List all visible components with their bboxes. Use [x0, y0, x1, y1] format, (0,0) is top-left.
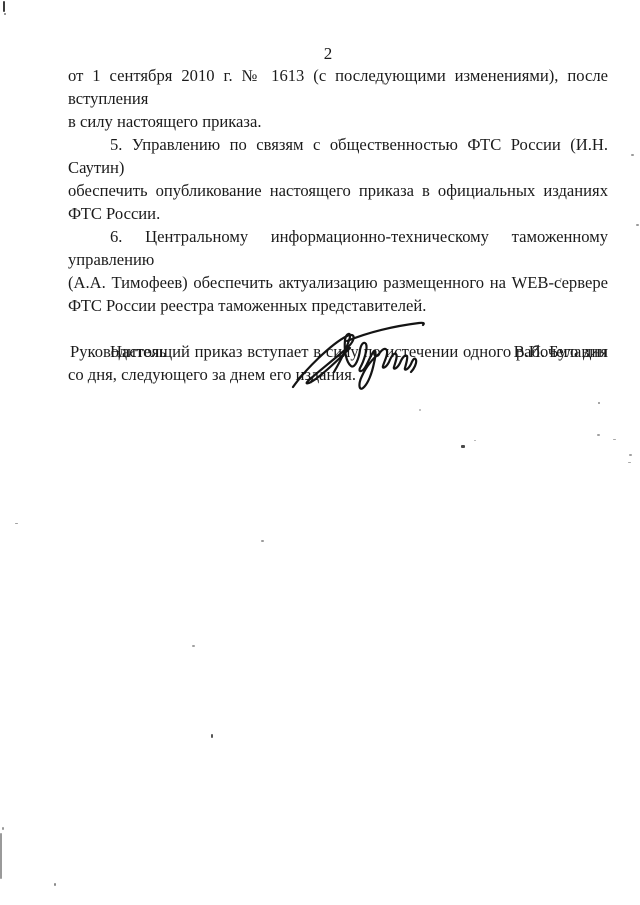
scan-speck: [338, 139, 340, 141]
body-line: от 1 сентября 2010 г. № 1613 (с последую…: [68, 64, 608, 110]
body-line: обеспечить опубликование настоящего прик…: [68, 179, 608, 202]
scan-speck: [3, 1, 5, 12]
paragraph: 6. Центральному информационно-техническо…: [68, 225, 608, 317]
scan-speck: [474, 440, 476, 441]
scan-speck: [598, 402, 600, 404]
handwritten-signature-icon: [286, 320, 438, 400]
scan-speck: [560, 278, 562, 280]
scan-speck: [4, 13, 6, 15]
signer-role: Руководитель: [70, 342, 166, 362]
paragraph: 5. Управлению по связям с общественность…: [68, 133, 608, 225]
page-number: 2: [0, 44, 640, 64]
scan-speck: [461, 445, 465, 448]
scan-edge-line: [0, 833, 2, 879]
scan-speck: [211, 734, 213, 738]
scan-speck: [419, 409, 421, 411]
paragraph: от 1 сентября 2010 г. № 1613 (с последую…: [68, 64, 608, 133]
scan-speck: [613, 439, 616, 440]
signer-name: В.И. Булавин: [514, 342, 607, 362]
body-line: в силу настоящего приказа.: [68, 110, 608, 133]
scan-speck: [539, 282, 541, 284]
scan-speck: [2, 827, 4, 830]
scan-speck: [15, 523, 18, 524]
body-line: ФТС России реестра таможенных представит…: [68, 294, 608, 317]
body-line: 6. Центральному информационно-техническо…: [68, 225, 608, 271]
scan-speck: [54, 883, 56, 886]
scan-speck: [192, 645, 195, 647]
scan-speck: [636, 224, 639, 226]
scan-speck: [629, 454, 632, 456]
document-page: 2 от 1 сентября 2010 г. № 1613 (с послед…: [0, 0, 640, 905]
body-line: ФТС России.: [68, 202, 608, 225]
scan-speck: [628, 462, 631, 463]
scan-speck: [261, 540, 264, 542]
scan-speck: [631, 154, 634, 156]
body-line: (А.А. Тимофеев) обеспечить актуализацию …: [68, 271, 608, 294]
scan-speck: [597, 434, 600, 436]
